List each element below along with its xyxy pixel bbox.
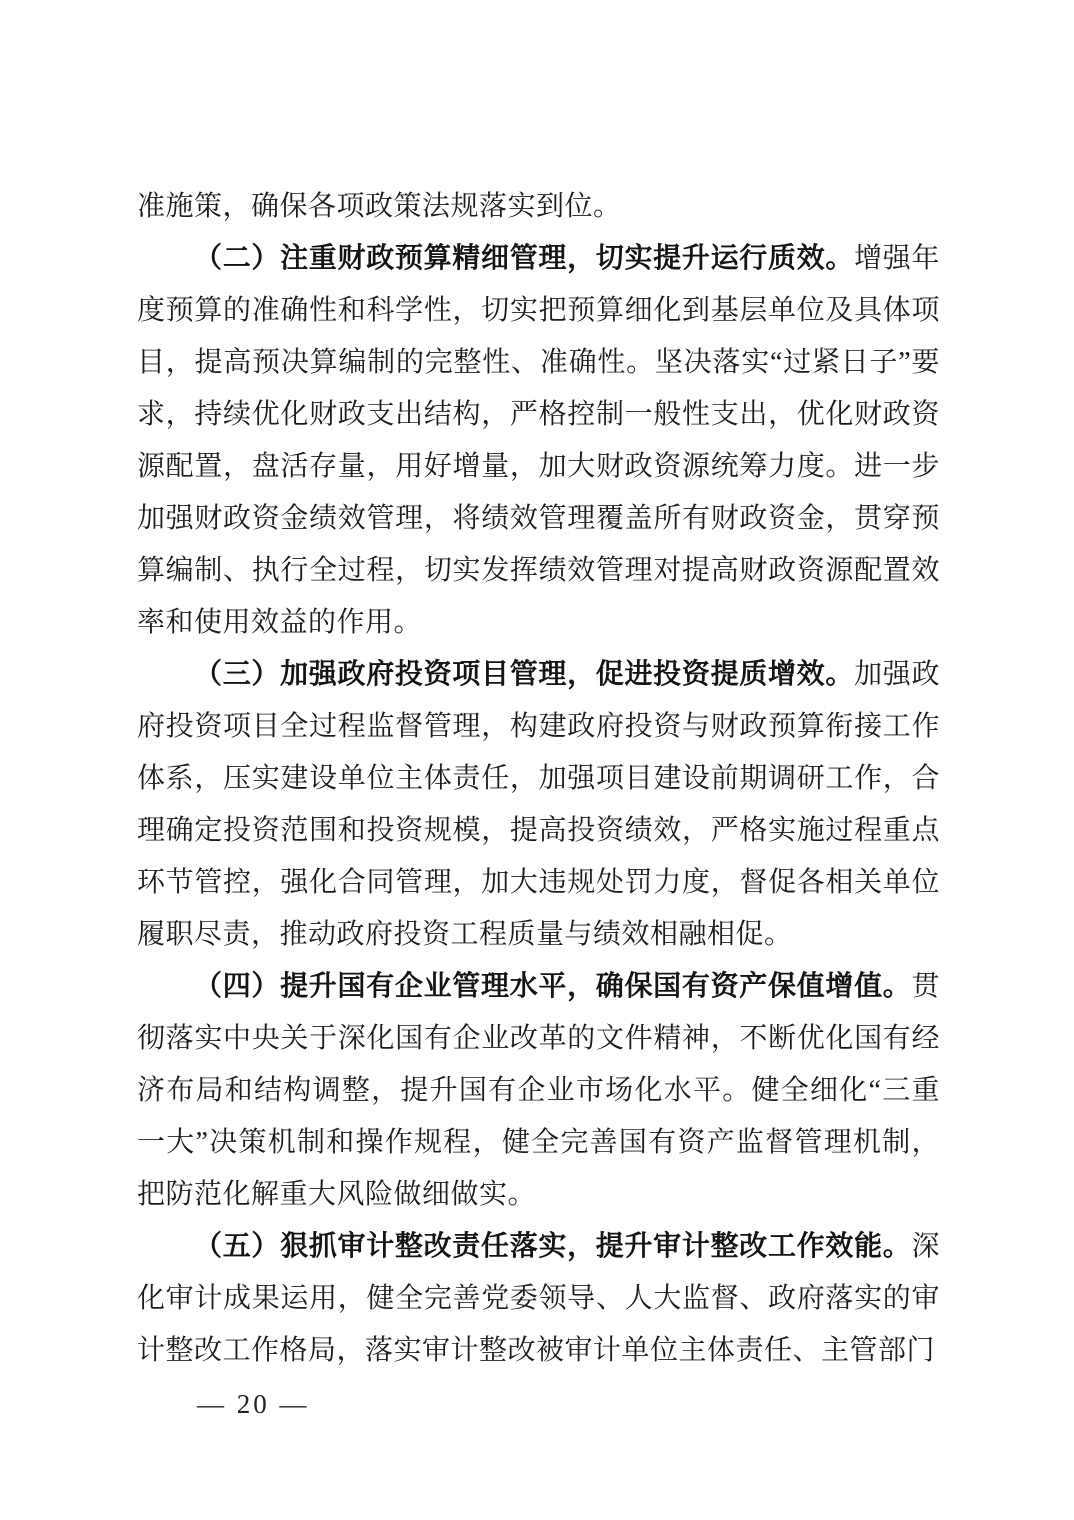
body-text: 贯彻落实中央关于深化国有企业改革的文件精神，不断优化国有经济布局和结构调整，提升… (137, 971, 940, 1210)
paragraph: （三）加强政府投资项目管理，促进投资提质增效。加强政府投资项目全过程监督管理，构… (137, 649, 940, 961)
body-text: 准施策，确保各项政策法规落实到位。 (137, 191, 622, 222)
page-number: — 20 — (197, 1388, 310, 1420)
body-text: 增强年度预算的准确性和科学性，切实把预算细化到基层单位及具体项目，提高预决算编制… (137, 243, 940, 638)
paragraph: （二）注重财政预算精细管理，切实提升运行质效。增强年度预算的准确性和科学性，切实… (137, 233, 940, 649)
paragraph: （五）狠抓审计整改责任落实，提升审计整改工作效能。深化审计成果运用，健全完善党委… (137, 1221, 940, 1377)
section-heading: （二）注重财政预算精细管理，切实提升运行质效。 (194, 243, 854, 274)
section-heading: （三）加强政府投资项目管理，促进投资提质增效。 (194, 659, 854, 690)
paragraph: （四）提升国有企业管理水平，确保国有资产保值增值。贯彻落实中央关于深化国有企业改… (137, 961, 940, 1221)
document-page: 准施策，确保各项政策法规落实到位。（二）注重财政预算精细管理，切实提升运行质效。… (0, 0, 1074, 1520)
section-heading: （五）狠抓审计整改责任落实，提升审计整改工作效能。 (194, 1231, 911, 1262)
section-heading: （四）提升国有企业管理水平，确保国有资产保值增值。 (194, 971, 911, 1002)
paragraph: 准施策，确保各项政策法规落实到位。 (137, 181, 940, 233)
body-text: 加强政府投资项目全过程监督管理，构建政府投资与财政预算衔接工作体系，压实建设单位… (137, 659, 940, 950)
text-content: 准施策，确保各项政策法规落实到位。（二）注重财政预算精细管理，切实提升运行质效。… (137, 181, 940, 1377)
